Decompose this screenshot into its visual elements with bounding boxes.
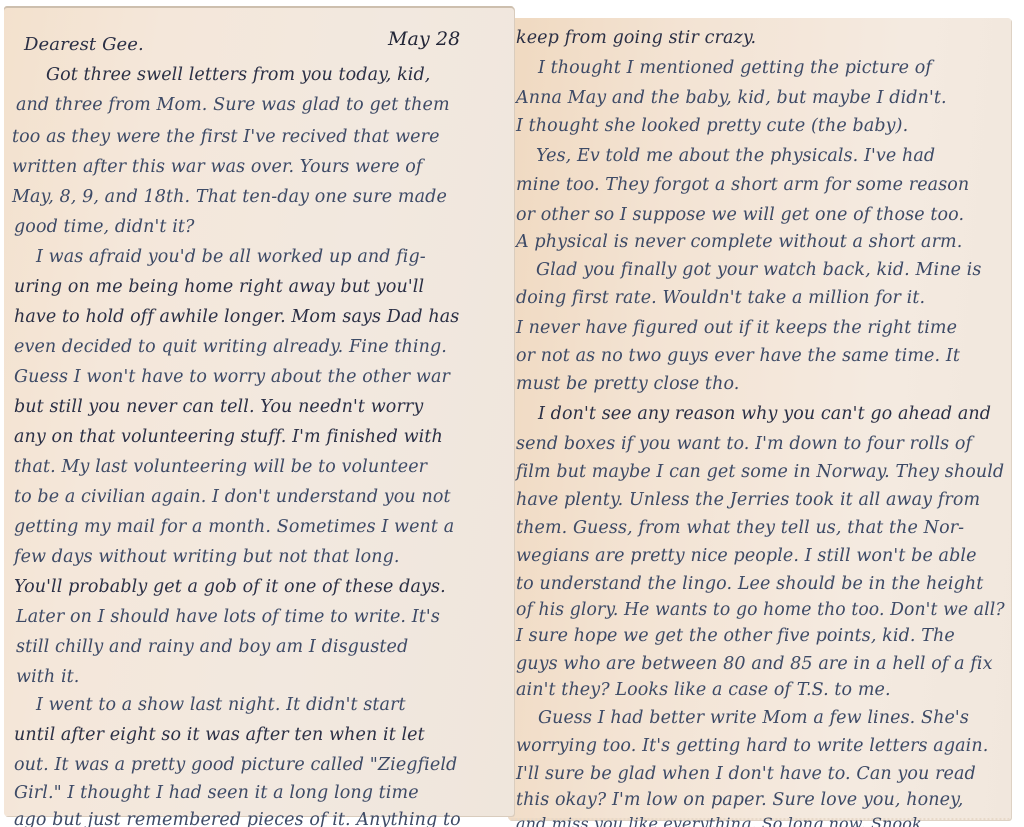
letter-line: that. My last volunteering will be to vo… — [14, 459, 427, 477]
letter-line: to be a civilian again. I don't understa… — [14, 489, 451, 507]
letter-line: of his glory. He wants to go home tho to… — [516, 602, 1005, 620]
letter-line: I thought she looked pretty cute (the ba… — [516, 118, 908, 136]
letter-line: to understand the lingo. Lee should be i… — [516, 576, 983, 594]
letter-line: must be pretty close tho. — [516, 376, 739, 394]
letter-line: few days without writing but not that lo… — [14, 549, 400, 567]
letter-line: I never have figured out if it keeps the… — [516, 320, 957, 338]
letter-line: You'll probably get a gob of it one of t… — [14, 579, 446, 597]
letter-line: until after eight so it was after ten wh… — [14, 727, 425, 745]
letter-line: ain't they? Looks like a case of T.S. to… — [516, 682, 891, 700]
salutation: Dearest Gee. — [24, 36, 144, 54]
letter-line: mine too. They forgot a short arm for so… — [516, 177, 969, 195]
letter-line: guys who are between 80 and 85 are in a … — [516, 656, 993, 674]
letter-line: film but maybe I can get some in Norway.… — [516, 464, 1004, 482]
letter-line: keep from going stir crazy. — [516, 30, 756, 48]
letter-line: and miss you like everything. So long no… — [516, 816, 922, 827]
letter-line: have to hold off awhile longer. Mom says… — [14, 309, 459, 327]
letter-line: May, 8, 9, and 18th. That ten-day one su… — [12, 189, 447, 207]
letter-line: still chilly and rainy and boy am I disg… — [16, 639, 408, 657]
letter-line: I'll sure be glad when I don't have to. … — [516, 766, 976, 784]
letter-line: out. It was a pretty good picture called… — [14, 757, 457, 775]
letter-line: have plenty. Unless the Jerries took it … — [516, 492, 980, 510]
letter-line: Yes, Ev told me about the physicals. I'v… — [536, 148, 935, 166]
letter-line: I sure hope we get the other five points… — [516, 628, 955, 646]
letter-line: even decided to quit writing already. Fi… — [14, 339, 447, 357]
letter-line: or not as no two guys ever have the same… — [516, 348, 960, 366]
letter-line: worrying too. It's getting hard to write… — [516, 738, 988, 756]
letter-page-right: keep from going stir crazy. I thought I … — [508, 18, 1011, 820]
letter-line: but still you never can tell. You needn'… — [14, 399, 423, 417]
letter-line: wegians are pretty nice people. I still … — [516, 548, 977, 566]
letter-line: them. Guess, from what they tell us, tha… — [516, 520, 964, 538]
letter-line: and three from Mom. Sure was glad to get… — [16, 97, 450, 115]
letter-line: Glad you finally got your watch back, ki… — [536, 262, 981, 280]
letter-line: Girl." I thought I had seen it a long lo… — [14, 785, 419, 803]
letter-line: or other so I suppose we will get one of… — [516, 207, 964, 225]
letter-line: I thought I mentioned getting the pictur… — [538, 60, 932, 78]
letter-line: getting my mail for a month. Sometimes I… — [14, 519, 454, 537]
letter-line: this okay? I'm low on paper. Sure love y… — [516, 792, 963, 810]
letter-line: Anna May and the baby, kid, but maybe I … — [516, 90, 947, 108]
letter-line: Guess I had better write Mom a few lines… — [538, 710, 969, 728]
letter-date: May 28 — [388, 30, 460, 49]
letter-line: with it. — [16, 669, 79, 687]
letter-line: Got three swell letters from you today, … — [46, 67, 430, 85]
letter-line: uring on me being home right away but yo… — [14, 279, 424, 297]
letter-line: A physical is never complete without a s… — [516, 234, 962, 252]
letter-page-left: Dearest Gee. May 28 Got three swell lett… — [4, 6, 514, 816]
letter-line: too as they were the first I've recived … — [12, 129, 440, 147]
letter-line: doing first rate. Wouldn't take a millio… — [516, 290, 925, 308]
letter-line: I went to a show last night. It didn't s… — [36, 697, 406, 715]
letter-line: send boxes if you want to. I'm down to f… — [516, 436, 972, 454]
letter-line: I don't see any reason why you can't go … — [538, 406, 991, 424]
letter-line: I was afraid you'd be all worked up and … — [36, 249, 426, 267]
letter-line: Later on I should have lots of time to w… — [16, 609, 440, 627]
letter-line: any on that volunteering stuff. I'm fini… — [14, 429, 443, 447]
letter-line: ago but just remembered pieces of it. An… — [14, 812, 461, 827]
letter-line: good time, didn't it? — [14, 219, 195, 237]
letter-line: written after this war was over. Yours w… — [12, 159, 423, 177]
letter-line: Guess I won't have to worry about the ot… — [14, 369, 450, 387]
